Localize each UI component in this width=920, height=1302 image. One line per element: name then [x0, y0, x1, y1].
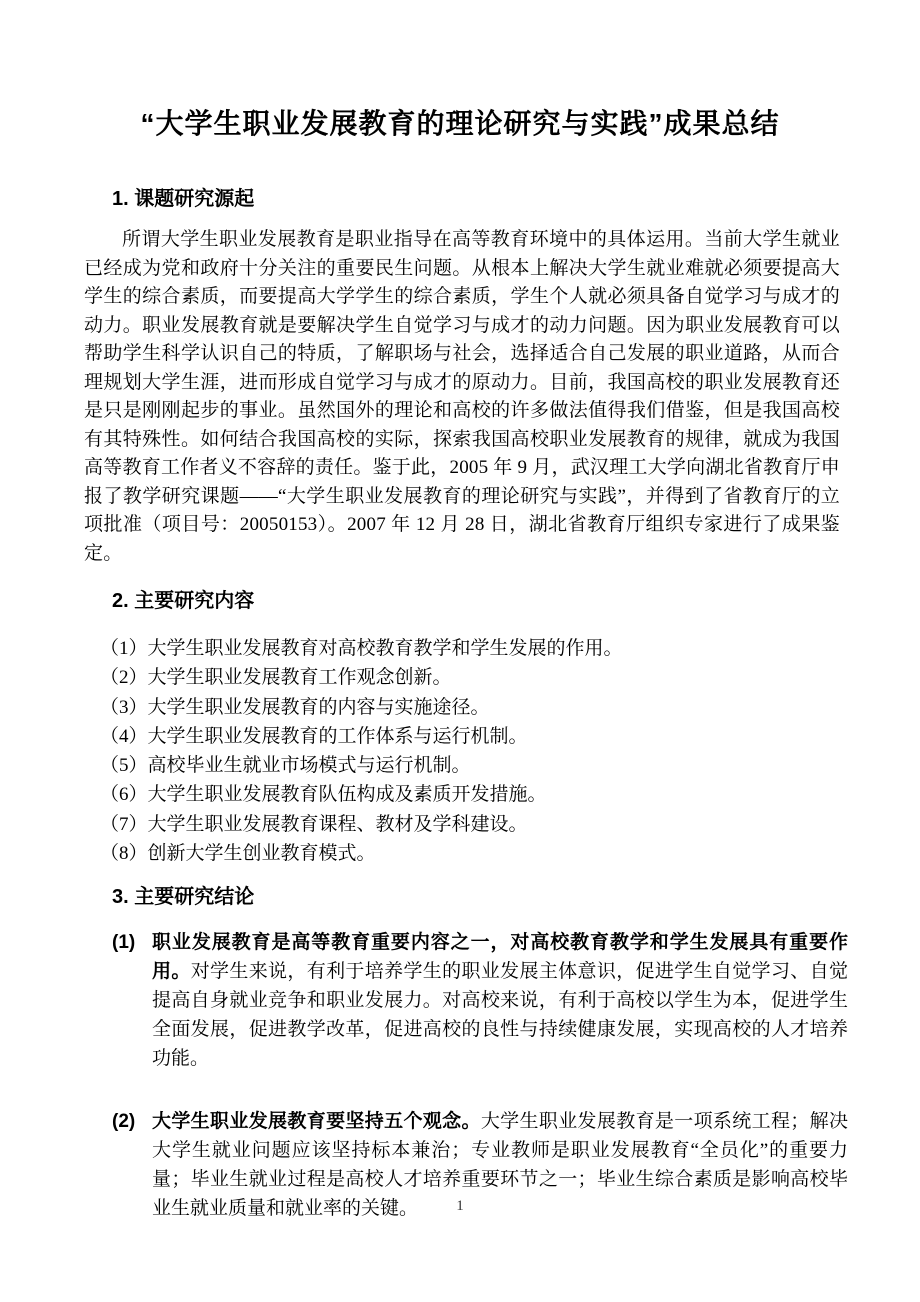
list-item: （4）大学生职业发展教育的工作体系与运行机制。 [100, 722, 848, 751]
conclusion-item-number: (1) [112, 928, 152, 1073]
research-content-list: （1）大学生职业发展教育对高校教育教学和学生发展的作用。 （2）大学生职业发展教… [100, 634, 848, 868]
list-item: （3）大学生职业发展教育的内容与实施途径。 [100, 693, 848, 722]
document-title: “大学生职业发展教育的理论研究与实践”成果总结 [0, 0, 920, 142]
conclusion-item: (1) 职业发展教育是高等教育重要内容之一，对高校教育教学和学生发展具有重要作用… [112, 928, 848, 1073]
section-heading-origin: 1. 课题研究源起 [112, 186, 920, 212]
conclusion-item-body: 职业发展教育是高等教育重要内容之一，对高校教育教学和学生发展具有重要作用。对学生… [152, 928, 848, 1073]
page-number: 1 [0, 1198, 920, 1215]
list-item: （7）大学生职业发展教育课程、教材及学科建设。 [100, 810, 848, 839]
section-heading-conclusions: 3. 主要研究结论 [112, 884, 920, 910]
list-item: （1）大学生职业发展教育对高校教育教学和学生发展的作用。 [100, 634, 848, 663]
list-item: （5）高校毕业生就业市场模式与运行机制。 [100, 751, 848, 780]
list-item: （6）大学生职业发展教育队伍构成及素质开发措施。 [100, 780, 848, 809]
list-item: （2）大学生职业发展教育工作观念创新。 [100, 663, 848, 692]
list-item: （8）创新大学生创业教育模式。 [100, 839, 848, 868]
origin-paragraph: 所谓大学生职业发展教育是职业指导在高等教育环境中的具体运用。当前大学生就业已经成… [84, 226, 840, 568]
section-heading-contents: 2. 主要研究内容 [112, 588, 920, 614]
document-page: “大学生职业发展教育的理论研究与实践”成果总结 1. 课题研究源起 所谓大学生职… [0, 0, 920, 1302]
conclusion-detail-text: 对学生来说，有利于培养学生的职业发展主体意识，促进学生自觉学习、自觉提高自身就业… [152, 961, 848, 1069]
conclusion-lead-text: 大学生职业发展教育要坚持五个观念。 [152, 1111, 481, 1132]
